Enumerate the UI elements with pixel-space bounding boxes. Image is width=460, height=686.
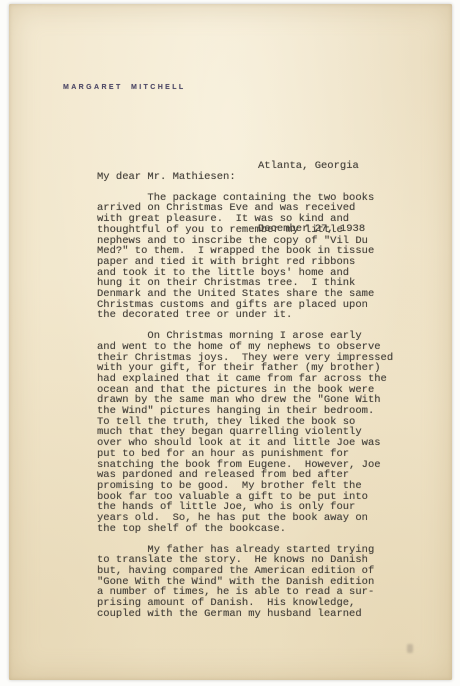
salutation: My dear Mr. Mathiesen:: [97, 172, 407, 183]
letter-body: My dear Mr. Mathiesen: The package conta…: [97, 172, 407, 619]
letter-page: MARGARET MITCHELL Atlanta, Georgia Decem…: [9, 4, 452, 680]
letter-paragraph-2: On Christmas morning I arose early and w…: [97, 331, 407, 534]
letter-paragraph-3: My father has already started trying to …: [97, 545, 407, 620]
letter-paragraph-1: The package containing the two books arr…: [97, 193, 407, 321]
pencil-mark: [407, 644, 413, 653]
letterhead-name: MARGARET MITCHELL: [63, 84, 186, 91]
